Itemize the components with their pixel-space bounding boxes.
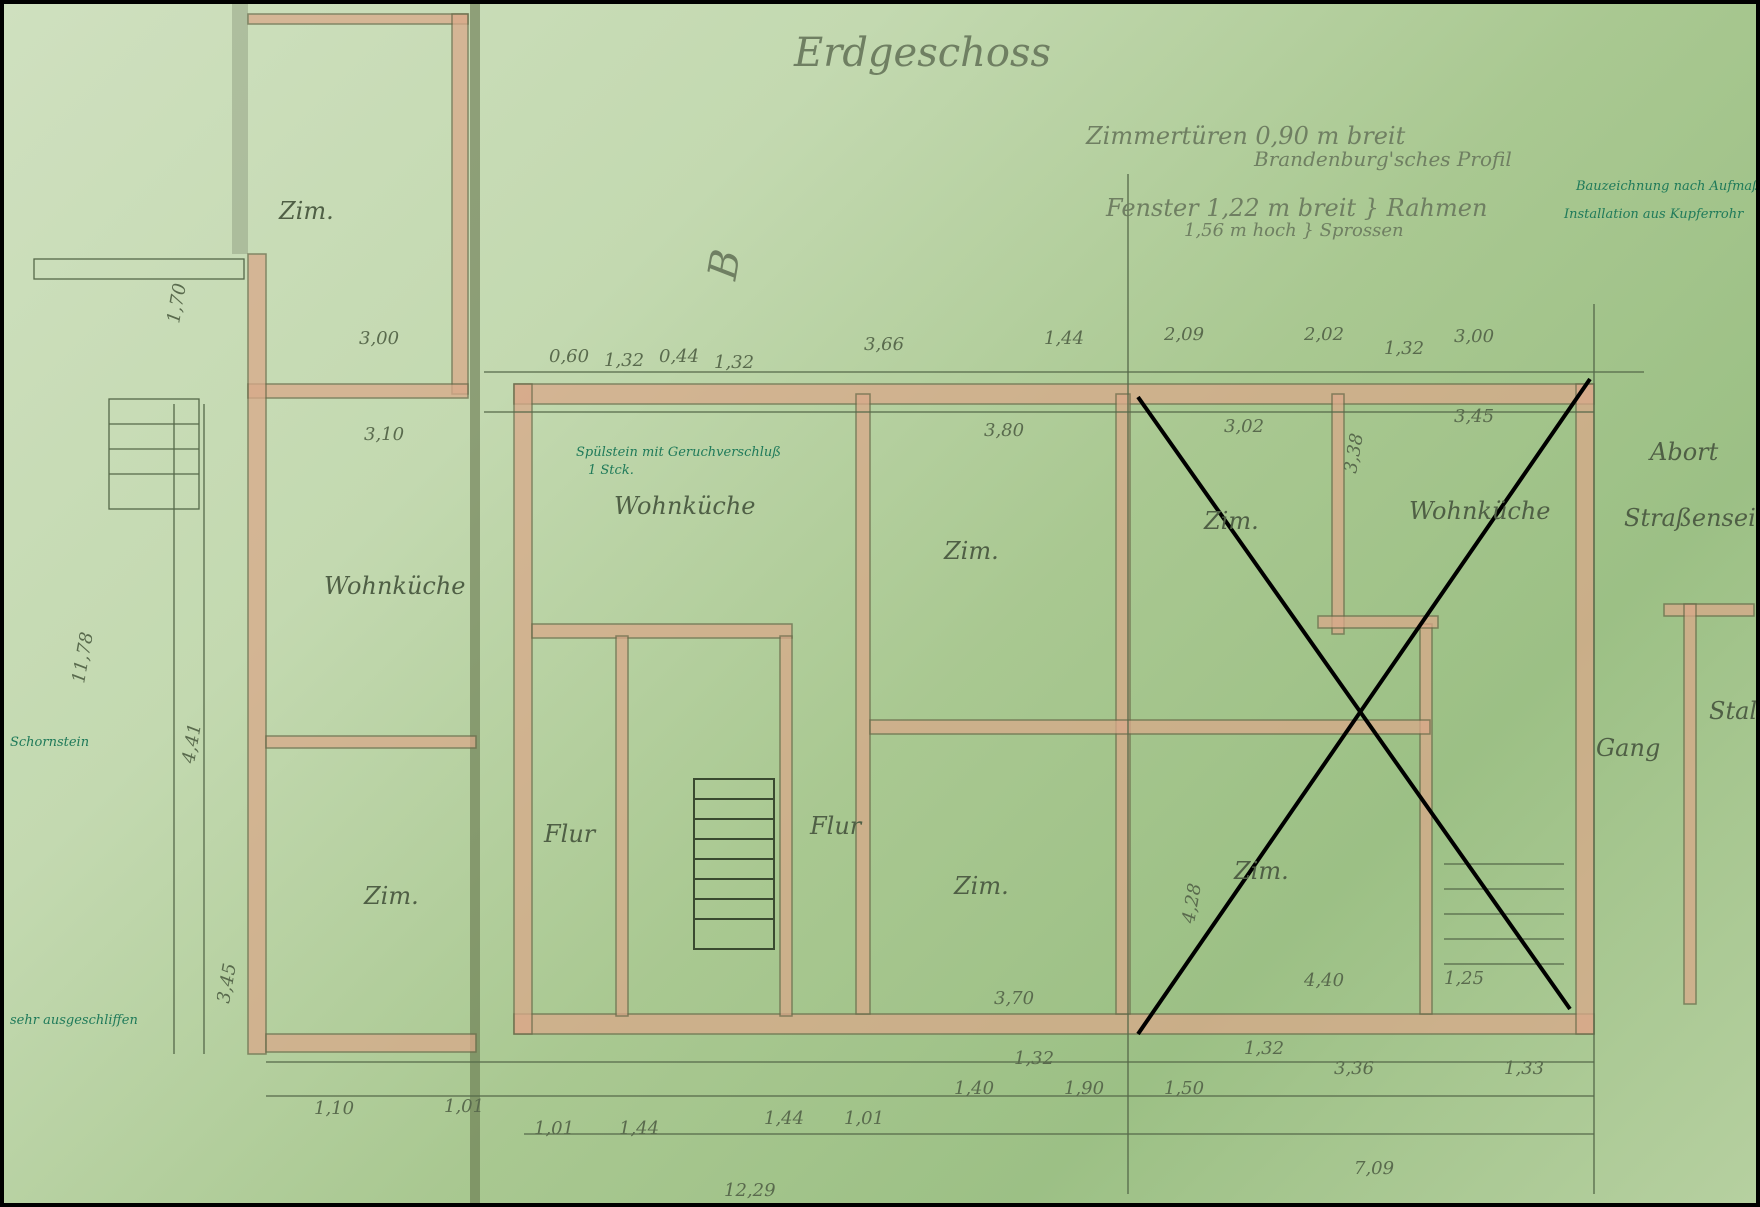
dim-left-0: 4,41 [178, 722, 206, 766]
room-zim-right-top: Zim. [1203, 507, 1259, 535]
dim-outer-4: 1,44 [764, 1108, 804, 1129]
dim-outer-2: 1,01 [534, 1118, 574, 1139]
dim-bottom-7: 1,33 [1504, 1058, 1544, 1079]
room-flur-right: Flur [809, 812, 863, 840]
green-note-left-bottom: sehr ausgeschliffen [10, 1013, 138, 1028]
room-flur-left: Flur [543, 820, 597, 848]
dim-top-5: 1,44 [1044, 328, 1084, 349]
dim-outer-5: 1,01 [844, 1108, 884, 1129]
section-marker: B [700, 246, 751, 284]
dim-top-2: 0,44 [659, 346, 699, 367]
dim-top-8: 1,32 [1384, 338, 1424, 359]
dim-misc-0: 3,00 [359, 328, 399, 349]
room-wohnkueche-center: Wohnküche [614, 492, 756, 520]
dim-left-4: 3,45 [213, 962, 241, 1005]
dim-inner-2: 3,02 [1224, 416, 1264, 437]
room-zim-left-bottom: Zim. [363, 882, 419, 910]
dim-outer-7: 12,29 [724, 1180, 776, 1201]
dim-top-6: 2,09 [1163, 324, 1204, 345]
dim-outer-6: 7,09 [1354, 1158, 1394, 1179]
note-windows-height: 1,56 m hoch } Sprossen [1184, 220, 1404, 241]
dim-top-9: 3,00 [1454, 326, 1494, 347]
note-doors: Zimmertüren 0,90 m breit [1085, 122, 1406, 150]
dim-outer-1: 1,01 [444, 1096, 484, 1117]
dim-bottom-0: 3,70 [994, 988, 1034, 1009]
floor-plan-drawing: Erdgeschoss Zimmertüren 0,90 m breit Bra… [4, 4, 1756, 1203]
dim-bottom-4: 1,50 [1164, 1078, 1204, 1099]
green-note-left: Schornstein [10, 735, 89, 750]
dim-outer-0: 1,10 [314, 1098, 354, 1119]
room-abort: Abort [1648, 438, 1719, 466]
room-wohnkueche-left: Wohnküche [324, 572, 466, 600]
dim-top-1: 1,32 [604, 350, 644, 371]
dim-bottom-1: 1,32 [1014, 1048, 1054, 1069]
room-zim-center-bottom: Zim. [953, 872, 1009, 900]
dim-bottom-9: 1,25 [1444, 968, 1484, 989]
green-note-kitchen: Spülstein mit Geruchverschluß [576, 445, 781, 460]
cross-out-mark [1138, 379, 1590, 1034]
wall-bottom [514, 1014, 1594, 1034]
dim-top-4: 3,66 [864, 334, 904, 355]
room-zim-center-top: Zim. [943, 537, 999, 565]
note-windows: Fenster 1,22 m breit } Rahmen [1105, 194, 1487, 222]
dim-bottom-3: 1,90 [1064, 1078, 1104, 1099]
room-zim-top-left: Zim. [278, 197, 334, 225]
green-note-kitchen-2: 1 Stck. [588, 463, 634, 478]
dim-bottom-8: 4,40 [1303, 970, 1344, 991]
staircase-center [694, 779, 774, 949]
room-gang: Gang [1596, 734, 1660, 762]
dim-bottom-5: 1,32 [1244, 1038, 1284, 1059]
wall-top [514, 384, 1594, 404]
paper-fold [470, 4, 480, 1203]
dim-bottom-6: 3,36 [1334, 1058, 1374, 1079]
plan-title: Erdgeschoss [793, 30, 1051, 76]
dim-top-7: 2,02 [1303, 324, 1344, 345]
staircase-left [109, 399, 199, 509]
dim-bottom-2: 1,40 [954, 1078, 994, 1099]
floor-plan-frame: Erdgeschoss Zimmertüren 0,90 m breit Bra… [0, 0, 1760, 1207]
room-stall: Stall [1709, 697, 1756, 725]
dim-top-3: 1,32 [714, 352, 754, 373]
room-zim-right-bottom: Zim. [1233, 857, 1289, 885]
dim-top-0: 0,60 [549, 346, 589, 367]
wall-left [248, 254, 266, 1054]
dim-outer-3: 1,44 [619, 1118, 659, 1139]
note-profile: Brandenburg'sches Profil [1253, 147, 1512, 171]
room-strassenseite: Straßenseite [1624, 504, 1756, 532]
dim-left-5: 4,28 [1178, 882, 1206, 926]
green-note-2: Installation aus Kupferrohr [1563, 207, 1744, 222]
dim-left-2: 1,70 [163, 282, 191, 325]
dim-inner-3: 3,45 [1454, 406, 1494, 427]
room-wohnkueche-right: Wohnküche [1409, 497, 1551, 525]
green-note-1: Bauzeichnung nach Aufmaß [1575, 179, 1756, 194]
dim-inner-0: 3,10 [364, 424, 404, 445]
dim-left-1: 11,78 [68, 630, 98, 684]
dim-inner-1: 3,80 [984, 420, 1024, 441]
blueprint-sheet: Erdgeschoss Zimmertüren 0,90 m breit Bra… [4, 4, 1756, 1203]
